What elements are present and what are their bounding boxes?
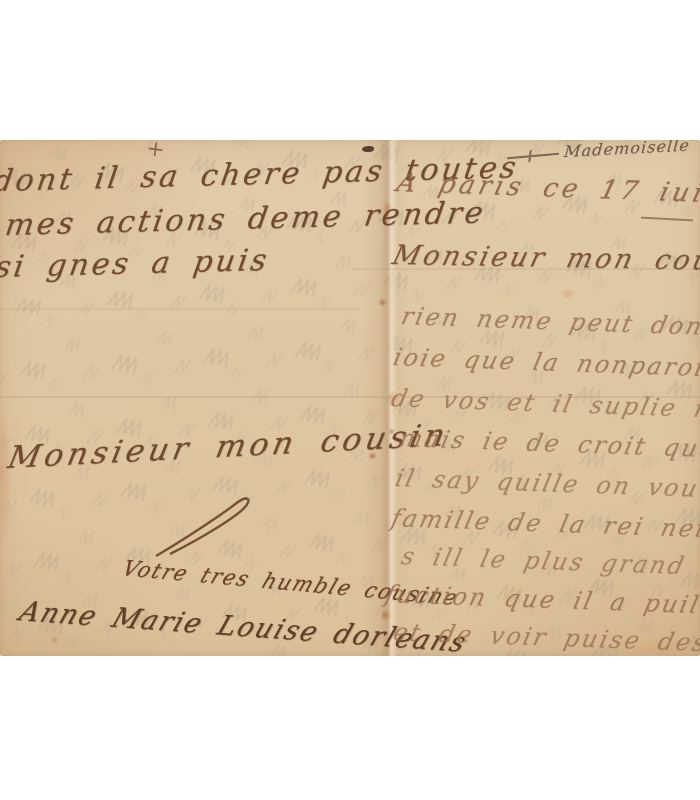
paraph-flourish xyxy=(150,492,260,562)
cross-stroke-icon xyxy=(507,153,559,160)
handwritten-line: fuction que il a puile xyxy=(383,580,700,620)
handwritten-line: si gnes a puis xyxy=(0,243,272,285)
handwritten-line: il say quille on vou xyxy=(393,464,700,503)
letter-scan: + dont il sa chere pas toutes mes action… xyxy=(0,0,700,800)
handwritten-line: rien neme peut doner xyxy=(399,302,700,342)
page-left: + dont il sa chere pas toutes mes action… xyxy=(0,140,395,656)
page-right: Mademoiselle A paris ce 17 iuin 1658 Mon… xyxy=(395,140,700,656)
date-underline xyxy=(641,217,693,222)
handwritten-line: de vos et il suplie na xyxy=(389,384,700,424)
handwritten-line: et de voir puise des xyxy=(391,618,700,656)
letter-paper: + dont il sa chere pas toutes mes action… xyxy=(0,140,700,656)
handwritten-line: mais ie de croit que xyxy=(397,424,700,463)
handwritten-line: s ill le plus grand xyxy=(399,542,689,580)
handwritten-line: ioie que la nonparoile xyxy=(391,343,700,383)
salutation-right: Monsieur mon cousin xyxy=(389,240,700,277)
dateline: A paris ce 17 iuin 1658 xyxy=(394,168,700,213)
archivist-annotation: Mademoiselle xyxy=(563,140,690,161)
salutation-left: Monsieur mon cousin xyxy=(5,417,452,476)
handwritten-line: famille de la rei nein xyxy=(389,504,700,544)
